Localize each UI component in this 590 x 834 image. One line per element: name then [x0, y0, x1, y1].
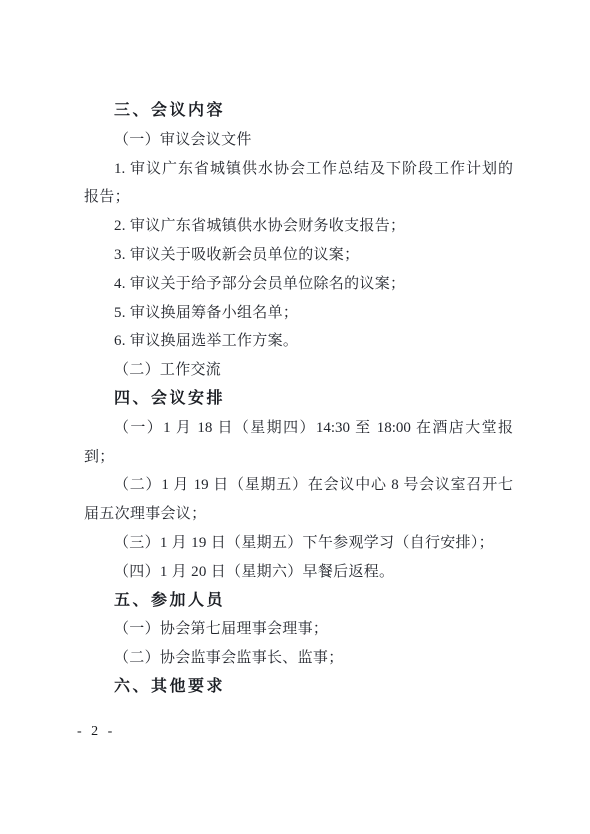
body-line: （一）1 月 18 日（星期四）14:30 至 18:00 在酒店大堂报 — [84, 414, 513, 443]
body-line: （二）1 月 19 日（星期五）在会议中心 8 号会议室召开七 — [84, 471, 513, 500]
section-heading-meeting-content: 三、会议内容 — [84, 97, 513, 126]
body-line: 报告； — [84, 183, 513, 212]
body-line: （二）工作交流 — [84, 356, 513, 385]
body-line: 4. 审议关于给予部分会员单位除名的议案； — [84, 270, 513, 299]
page-number: - 2 - — [77, 722, 115, 742]
body-line: （一）协会第七届理事会理事； — [84, 615, 513, 644]
body-line: 2. 审议广东省城镇供水协会财务收支报告； — [84, 212, 513, 241]
body-line: 1. 审议广东省城镇供水协会工作总结及下阶段工作计划的 — [84, 155, 513, 184]
body-line: 届五次理事会议； — [84, 500, 513, 529]
section-heading-participants: 五、参加人员 — [84, 587, 513, 616]
section-heading-meeting-schedule: 四、会议安排 — [84, 385, 513, 414]
body-line: （一）审议会议文件 — [84, 126, 513, 155]
body-line: 到； — [84, 443, 513, 472]
body-line: （二）协会监事会监事长、监事； — [84, 644, 513, 673]
body-line: （四）1 月 20 日（星期六）早餐后返程。 — [84, 558, 513, 587]
body-line: 3. 审议关于吸收新会员单位的议案； — [84, 241, 513, 270]
document-page: 三、会议内容 （一）审议会议文件 1. 审议广东省城镇供水协会工作总结及下阶段工… — [0, 0, 590, 834]
section-heading-other-requirements: 六、其他要求 — [84, 673, 513, 702]
body-line: （三）1 月 19 日（星期五）下午参观学习（自行安排）； — [84, 529, 513, 558]
body-line: 6. 审议换届选举工作方案。 — [84, 327, 513, 356]
document-body: 三、会议内容 （一）审议会议文件 1. 审议广东省城镇供水协会工作总结及下阶段工… — [84, 97, 513, 702]
body-line: 5. 审议换届筹备小组名单； — [84, 299, 513, 328]
